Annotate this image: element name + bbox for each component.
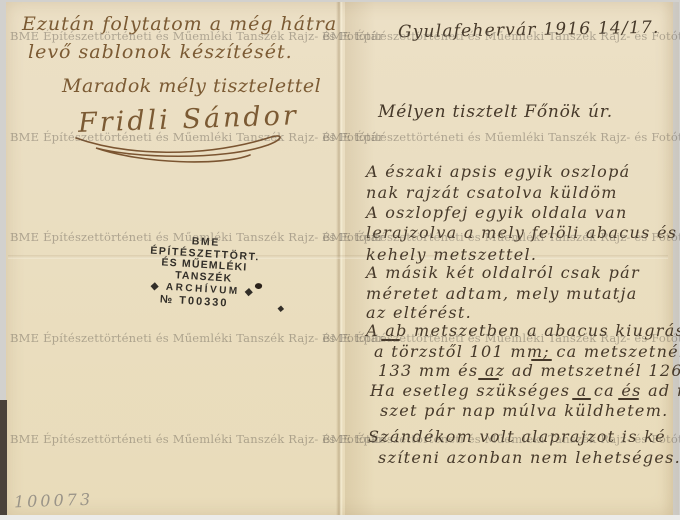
body-line: kehely metszettel.: [366, 245, 537, 264]
body-line: Szándékom volt alaprajzot is ké: [368, 427, 666, 446]
left-page-line-1: Ezután folytatom a még hátra: [22, 13, 337, 35]
body-line: méretet adtam, mely mutatja: [366, 284, 638, 303]
body-line: szet pár nap múlva küldhetem.: [380, 401, 669, 420]
body-line: a törzstől 101 mm; ca metszetnél: [374, 342, 680, 361]
underline-ab: [381, 339, 400, 341]
pencil-inventory-number: 100073: [14, 490, 94, 512]
body-line: A másik két oldalról csak pár: [366, 263, 640, 282]
scanner-background-bottom: [0, 515, 680, 520]
stamp-diamond-mark: ◆: [278, 304, 285, 313]
archive-stamp: BME ÉPÍTÉSZETTÖRT. ÉS MŰEMLÉKI TANSZÉK ◆…: [132, 233, 276, 312]
body-line: szíteni azonban nem lehetséges.: [378, 448, 680, 467]
underline-ca-2: [572, 398, 591, 400]
underline-ad: [478, 378, 499, 380]
body-line: 133 mm és az ad metszetnél 126 mm.: [378, 361, 680, 380]
body-line: A ab metszetben a abacus kiugrás: [366, 321, 680, 340]
scanned-letter-photo: Ezután folytatom a még hátra levő sablon…: [0, 0, 680, 520]
closing-line: Maradok mély tisztelettel: [62, 75, 321, 97]
underline-ad-2: [618, 398, 639, 400]
body-line: A oszlopfej egyik oldala van: [366, 203, 628, 222]
underline-ca: [531, 359, 552, 361]
left-page-line-2: levő sablonok készítését.: [28, 41, 293, 63]
body-line: nak rajzát csatolva küldöm: [366, 183, 618, 202]
horizontal-fold-crease: [8, 255, 668, 259]
body-line: az eltérést.: [366, 303, 472, 322]
scanner-background-left-edge: [0, 400, 7, 515]
body-line: lerajzolva a mely felöli abacus és: [366, 223, 677, 242]
signature-flourish: [72, 128, 297, 172]
salutation-line: Mélyen tisztelt Főnök úr.: [378, 102, 613, 122]
body-line: A északi apsis egyik oszlopá: [366, 162, 630, 181]
